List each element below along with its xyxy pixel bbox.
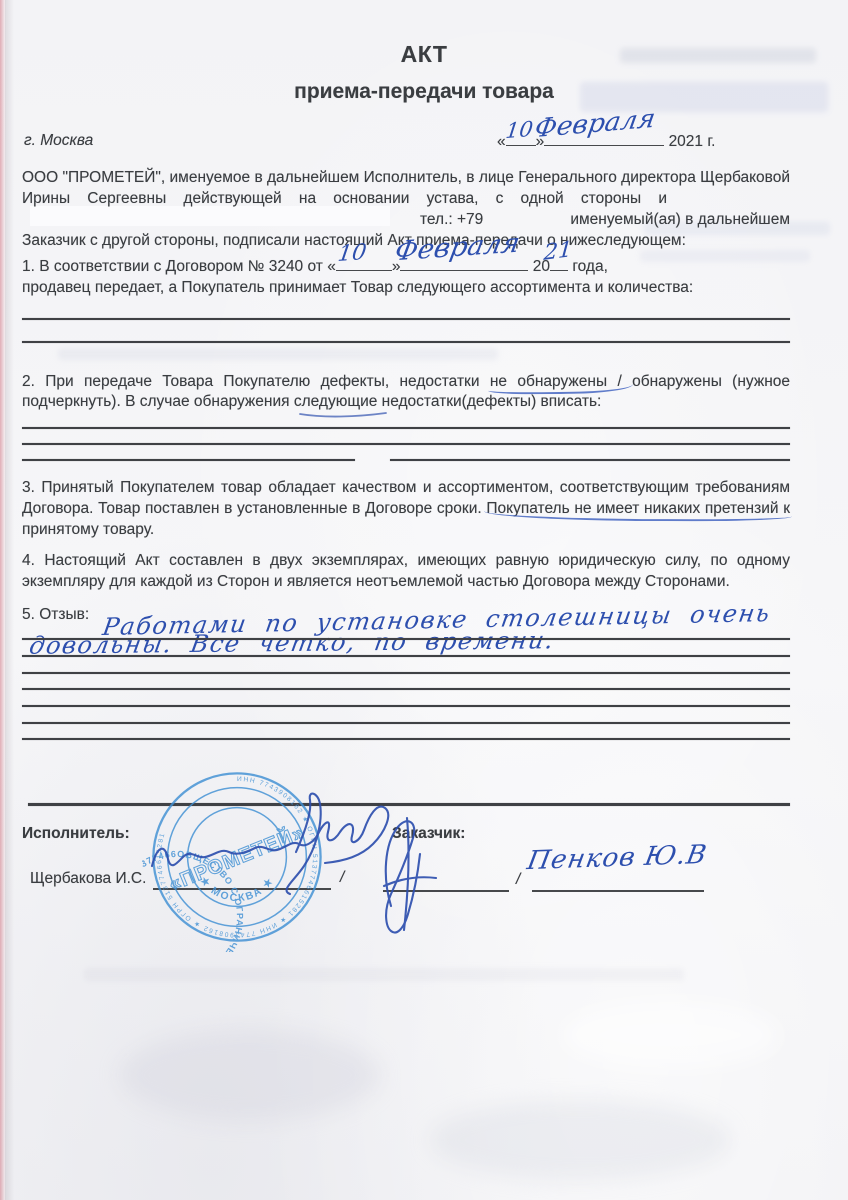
paper-highlight <box>560 1000 780 1070</box>
clause1-line-2: продавец передает, а Покупатель принимае… <box>22 278 693 298</box>
clause1-month-line: Февраля <box>400 256 528 271</box>
paper-crumple-shade <box>430 1100 730 1180</box>
ruled-line <box>22 443 790 445</box>
handwritten-month: Февраля <box>534 109 657 139</box>
paper-crumple-shade <box>120 1030 380 1120</box>
clause1-year-line: 21 <box>550 256 568 271</box>
handwritten-month: Февраля <box>394 234 522 263</box>
bleed-through-ghost <box>58 348 498 360</box>
clause2-line-2: подчеркнуть). В случае обнаружения следу… <box>22 392 601 412</box>
slash-separator: / <box>340 868 344 888</box>
clause5-label: 5. Отзыв: <box>22 605 89 625</box>
handwritten-day: 10 <box>336 243 367 265</box>
scan-edge-shadow <box>5 0 14 1200</box>
customer-name-handwritten: Пенков Ю.В <box>525 840 710 876</box>
date-row: «10»Февраля 2021 г. <box>497 131 715 152</box>
ruled-line <box>22 638 790 640</box>
ruled-line <box>22 341 790 343</box>
executor-label: Исполнитель: <box>22 824 130 844</box>
document-subtitle: приема-передачи товара <box>0 82 848 102</box>
ruled-line <box>22 688 790 690</box>
date-day-line: 10 <box>506 131 536 146</box>
scanned-act-document: АКТ приема-передачи товара г. Москва «10… <box>0 0 848 1200</box>
company-stamp: ИНН 7743908162 ★ ОГРН 5137746615281 ★ ИН… <box>142 762 332 952</box>
ruled-line <box>22 655 790 657</box>
clause2-text-start: 2. При передаче Товара Покупателю дефект… <box>22 373 480 390</box>
clause4-line-1: 4. Настоящий Акт составлен в двух экземп… <box>22 551 790 571</box>
ruled-line <box>22 318 790 320</box>
pen-underlined-phrase: Покупатель не имеет никаких претензий к <box>486 500 790 517</box>
document-title: АКТ <box>0 44 848 64</box>
clause4-line-2: экземпляру для каждой из Сторон и являет… <box>22 572 730 592</box>
clause1-text: 1. В соответствии с Договором № 3240 от <box>22 258 323 275</box>
executor-name: Щербакова И.С. <box>30 869 146 889</box>
handwritten-year: 21 <box>543 240 573 264</box>
pen-underline-extension-ink <box>300 413 386 417</box>
ruled-line <box>22 722 790 724</box>
intro-line-1: ООО "ПРОМЕТЕЙ", именуемое в дальнейшем И… <box>22 168 790 188</box>
ruled-line <box>390 459 790 461</box>
customer-label: Заказчик: <box>392 824 465 844</box>
date-month-line: Февраля <box>544 131 664 146</box>
ruled-line <box>22 738 790 740</box>
intro-line-3-right: именуемый(ая) в дальнейшем <box>22 210 790 230</box>
clause2-line-1: 2. При передаче Товара Покупателю дефект… <box>22 372 790 392</box>
handwritten-day: 10 <box>504 119 534 141</box>
clause1-day-line: 10 <box>336 256 392 271</box>
clause3-text-start: Договора. Товар поставлен в установленны… <box>22 500 482 517</box>
clause2-text-end: / обнаружены (нужное <box>617 373 790 390</box>
clause3-line-3: принятому товару. <box>22 520 154 540</box>
ruled-line <box>22 459 355 461</box>
date-year: 2021 г. <box>669 133 716 150</box>
customer-name-line <box>532 890 704 892</box>
ruled-line <box>22 705 790 707</box>
bleed-through-ghost <box>640 250 810 262</box>
clause1-line-1: 1. В соответствии с Договором № 3240 от … <box>22 256 608 277</box>
pen-underlined-phrase: не обнаружены <box>490 373 607 390</box>
customer-signature-ink <box>384 877 436 886</box>
clause3-line-2: Договора. Товар поставлен в установленны… <box>22 499 790 519</box>
clause1-text-after: года, <box>572 258 608 275</box>
intro-line-2: Ирины Сергеевны действующей на основании… <box>22 189 667 209</box>
bleed-through-ghost <box>84 968 684 981</box>
clause3-line-1: 3. Принятый Покупателем товар обладает к… <box>22 478 790 498</box>
ruled-line <box>22 672 790 674</box>
slash-separator: / <box>516 870 520 890</box>
ruled-line <box>22 427 790 429</box>
city-label: г. Москва <box>24 131 93 151</box>
clause1-open-quote: « <box>327 258 336 275</box>
customer-signature-line <box>383 890 509 892</box>
